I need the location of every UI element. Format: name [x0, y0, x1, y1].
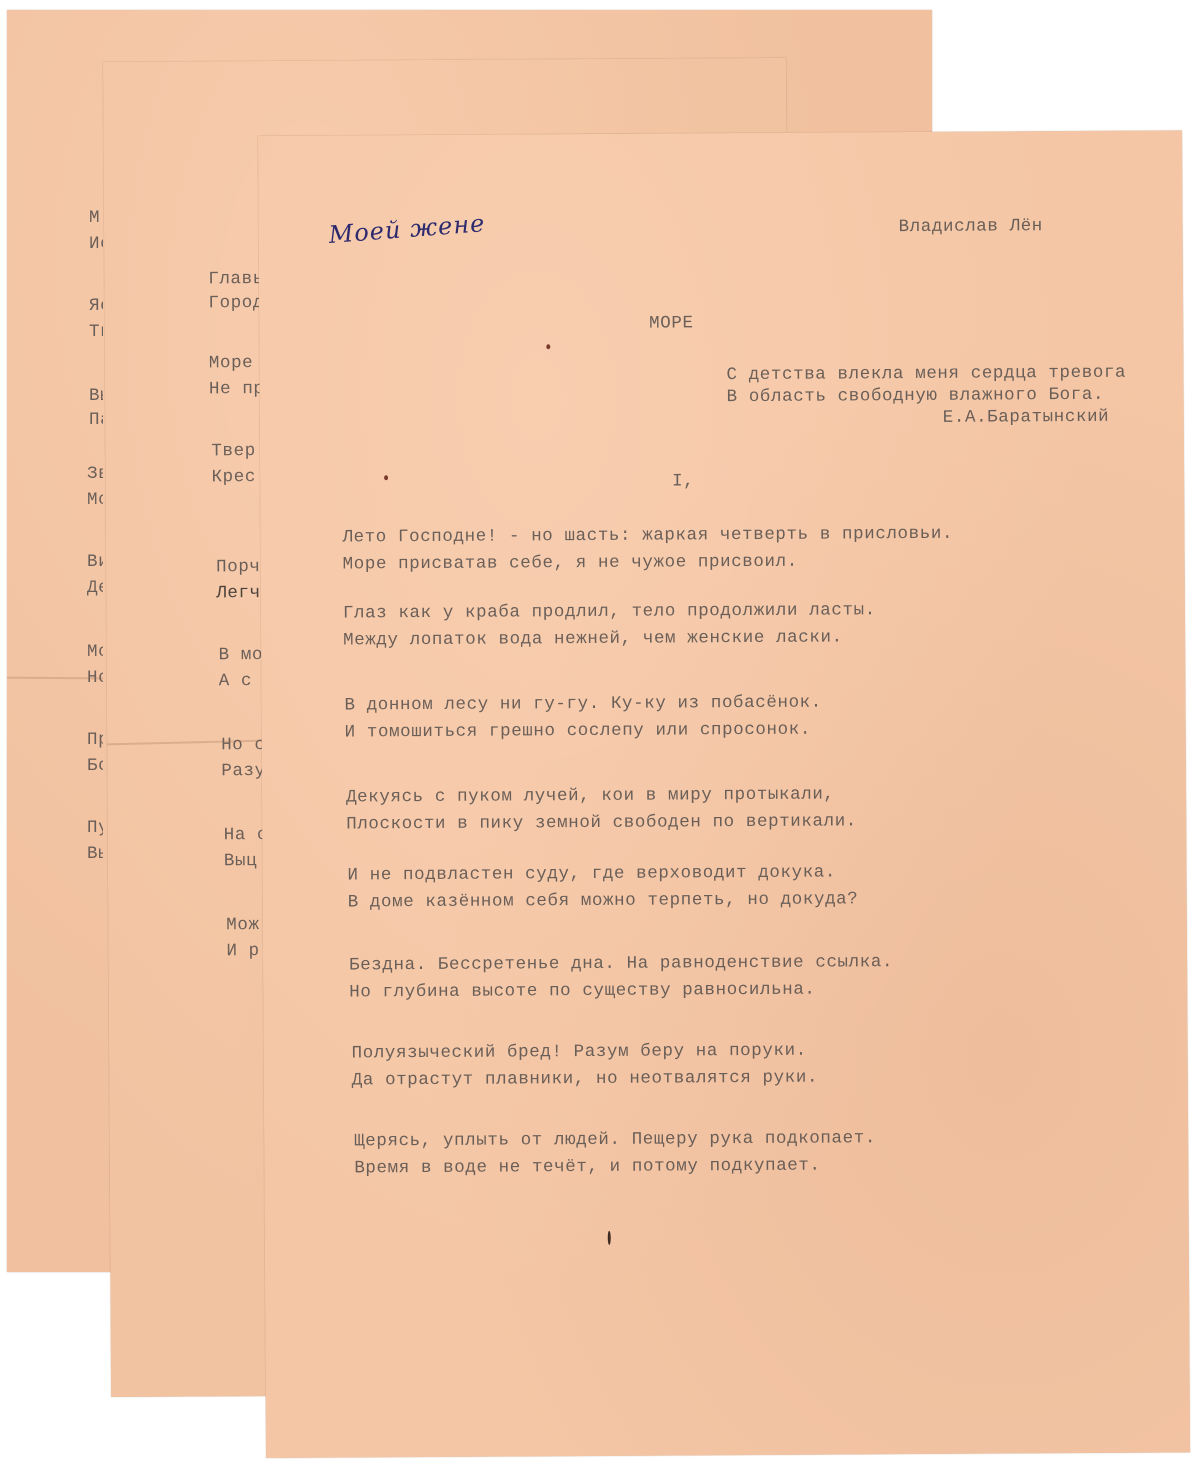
text-fragment: На с	[224, 825, 268, 845]
poem-line: Глаз как у краба продлил, тело продолжил…	[343, 600, 876, 623]
text-fragment: Ть	[89, 322, 103, 342]
text-fragment: Главь	[208, 269, 264, 289]
poem-line: Между лопаток вода нежней, чем женские л…	[343, 627, 843, 650]
poem-line: И томошиться грешно сослепу или спросоно…	[345, 720, 811, 743]
handwritten-dedication: Моей жене	[328, 209, 486, 249]
text-fragment: Бог	[87, 756, 103, 776]
poem-line: Полуязыческий бред! Разум беру на поруки…	[352, 1041, 807, 1064]
text-fragment: Зв	[87, 464, 103, 484]
poem-line: Декуясь с пуком лучей, кои в миру протык…	[346, 784, 835, 807]
text-fragment: Порч	[216, 557, 261, 577]
paper-fold	[7, 677, 103, 680]
text-fragment: А с	[219, 671, 252, 691]
front-page: Моей жене Владислав Лён МОРЕ С детства в…	[258, 130, 1190, 1458]
poem-line: И не подвластен суду, где верховодит док…	[347, 862, 836, 885]
text-fragment: Па	[89, 410, 103, 430]
text-fragment: Крес	[211, 467, 256, 487]
poem-line: Время в воде не течёт, и потому подкупае…	[354, 1156, 820, 1179]
text-fragment: Вис	[87, 552, 103, 572]
paper-speck	[546, 344, 550, 349]
text-fragment: Море	[209, 353, 254, 373]
epigraph-line: С детства влекла меня сердца тревога	[726, 363, 1126, 385]
paper-speck	[384, 475, 388, 480]
poem-line: Щерясь, уплыть от людей. Пещеру рука под…	[354, 1128, 876, 1151]
text-fragment: И р	[226, 941, 259, 961]
paper-speck	[608, 1231, 611, 1245]
poem-line: Море присватав себе, я не чужое присвоил…	[343, 552, 798, 575]
text-fragment: Но с	[221, 735, 266, 755]
text-fragment: В мо	[219, 645, 264, 665]
poem-line: Да отрастут плавники, но неотвалятся рук…	[352, 1068, 818, 1091]
text-fragment: Ис	[89, 234, 103, 254]
text-fragment: Не пр	[209, 379, 265, 399]
text-fragment: Разу	[221, 761, 266, 781]
text-fragment: Выз	[87, 844, 103, 864]
text-fragment: Легч	[216, 583, 261, 603]
poem-line: В донном лесу ни гу-гу. Ку-ку из побасён…	[344, 693, 821, 716]
poem-line: Лето Господне! - но шасть: жаркая четвер…	[342, 524, 953, 548]
back-page-text-fragments: М Ис Яс Ть Вы Па Зв Мор Вис Дел Мор Но П…	[77, 200, 103, 900]
text-fragment: Мор	[87, 642, 103, 662]
section-numeral: I,	[672, 471, 694, 491]
text-fragment: Вы	[89, 386, 103, 406]
text-fragment: М	[89, 208, 100, 228]
poem-line: Бездна. Бессретенье дна. На равноденстви…	[349, 952, 893, 975]
poem-line: Плоскости в пику земной свободен по верт…	[346, 811, 857, 834]
text-fragment: Выц	[224, 851, 257, 871]
text-fragment: Город	[208, 293, 264, 313]
poem-line: В доме казённом себя можно терпеть, но д…	[348, 889, 859, 912]
text-fragment: Дел	[87, 578, 103, 598]
text-fragment: Твер	[211, 441, 256, 461]
text-fragment: Мор	[87, 490, 103, 510]
text-fragment: Яс	[89, 296, 103, 316]
text-fragment: Пус	[87, 818, 103, 838]
poem-line: Но глубина высоте по существу равносильн…	[349, 980, 815, 1003]
text-fragment: Мож	[226, 915, 259, 935]
author-name: Владислав Лён	[899, 216, 1043, 237]
text-fragment: Пра	[87, 730, 103, 750]
epigraph-attribution: Е.А.Баратынский	[943, 407, 1110, 428]
middle-page-text-fragments: Главь Город Море Не пр Твер Крес Порч Ле…	[204, 261, 267, 1101]
poem-title: МОРЕ	[649, 313, 694, 333]
epigraph-line: В область свободную влажного Бога.	[727, 385, 1105, 407]
